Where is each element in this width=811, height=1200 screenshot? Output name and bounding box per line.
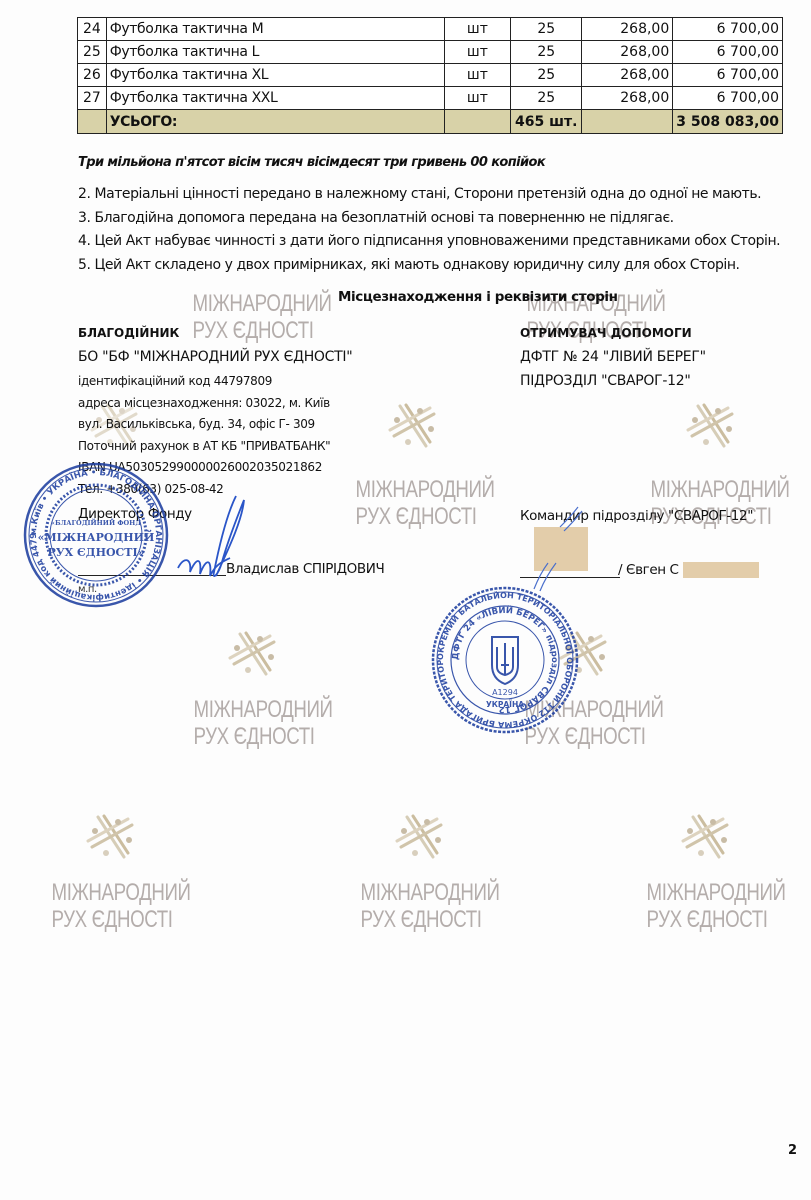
svg-text:«МІЖНАРОДНИЙ: «МІЖНАРОДНИЙ [38, 529, 155, 544]
receiver-details: ОТРИМУВАЧ ДОПОМОГИ ДФТГ № 24 "ЛІВИЙ БЕРЕ… [520, 321, 706, 393]
total-empty-cell [582, 110, 673, 134]
watermark-logo-icon [84, 813, 136, 861]
receiver-unit: ПІДРОЗДІЛ "СВАРОГ-12" [520, 369, 706, 393]
svg-text:«БЛАГОДІЙНИЙ ФОНД: «БЛАГОДІЙНИЙ ФОНД [51, 517, 141, 527]
receiver-signer-name: / Євген С [618, 562, 679, 578]
item-qty: 25 [511, 41, 582, 64]
items-table: 24 Футболка тактична M шт 25 268,00 6 70… [77, 17, 783, 134]
clauses-list: 2. Матеріальні цінності передано в належ… [78, 183, 780, 277]
row-number: 24 [78, 18, 107, 41]
item-sum: 6 700,00 [673, 87, 783, 110]
row-number: 25 [78, 41, 107, 64]
item-price: 268,00 [582, 87, 673, 110]
sides-title: Місцезнаходження і реквізити сторін [338, 289, 618, 305]
table-row: 26 Футболка тактична XL шт 25 268,00 6 7… [78, 64, 783, 87]
item-name: Футболка тактична XXL [106, 87, 444, 110]
receiver-stamp-icon: ОКРЕМИЙ БАТАЛЬЙОН ТЕРИТОРІАЛЬНОЇ ОБОРОНИ… [430, 585, 580, 735]
watermark: МІЖНАРОДНИЙ РУХ ЄДНОСТІ [177, 630, 327, 750]
svg-text:А1294: А1294 [492, 688, 518, 697]
clause-item: 2. Матеріальні цінності передано в належ… [78, 183, 780, 207]
redacted-surname [683, 562, 759, 578]
total-empty-cell [78, 110, 107, 134]
watermark-logo-icon [393, 813, 445, 861]
watermark: МІЖНАРОДНИЙ РУХ ЄДНОСТІ [35, 813, 185, 933]
watermark: МІЖНАРОДНИЙ РУХ ЄДНОСТІ [630, 813, 780, 933]
item-sum: 6 700,00 [673, 64, 783, 87]
watermark-logo-icon [684, 402, 736, 450]
watermark-logo-icon [679, 813, 731, 861]
total-empty-cell [444, 110, 511, 134]
item-name: Футболка тактична L [106, 41, 444, 64]
item-price: 268,00 [582, 41, 673, 64]
total-label: УСЬОГО: [106, 110, 444, 134]
clause-item: 3. Благодійна допомога передана на безоп… [78, 207, 780, 231]
svg-text:РУХ ЄДНОСТІ»: РУХ ЄДНОСТІ» [47, 546, 144, 559]
item-name: Футболка тактична XL [106, 64, 444, 87]
table-row: 27 Футболка тактична XXL шт 25 268,00 6 … [78, 87, 783, 110]
table-row: 24 Футболка тактична M шт 25 268,00 6 70… [78, 18, 783, 41]
total-sum: 3 508 083,00 [673, 110, 783, 134]
total-qty: 465 шт. [511, 110, 582, 134]
giver-label: БЛАГОДІЙНИК [78, 321, 352, 345]
watermark: МІЖНАРОДНИЙ РУХ ЄДНОСТІ [344, 813, 494, 933]
table-row: 25 Футболка тактична L шт 25 268,00 6 70… [78, 41, 783, 64]
item-unit: шт [444, 87, 511, 110]
item-price: 268,00 [582, 18, 673, 41]
row-number: 26 [78, 64, 107, 87]
giver-name: БО "БФ "МІЖНАРОДНИЙ РУХ ЄДНОСТІ" [78, 345, 352, 369]
receiver-signature-icon [522, 505, 592, 595]
svg-text:УКРАЇНА: УКРАЇНА [486, 700, 524, 709]
amount-in-words: Три мільйона п'ятсот вісім тисяч вісімде… [78, 155, 545, 170]
watermark-text: МІЖНАРОДНИЙ РУХ ЄДНОСТІ [339, 476, 489, 530]
item-qty: 25 [511, 64, 582, 87]
item-qty: 25 [511, 18, 582, 41]
watermark-logo-icon [386, 402, 438, 450]
giver-address-2: вул. Васильківська, буд. 34, офіс Г- 309 [78, 414, 352, 436]
item-sum: 6 700,00 [673, 18, 783, 41]
item-unit: шт [444, 18, 511, 41]
giver-stamp-icon: м.Київ • УКРАЇНА • БЛАГОДІЙНА ОРГАНІЗАЦІ… [22, 461, 170, 609]
item-price: 268,00 [582, 64, 673, 87]
receiver-name: ДФТГ № 24 "ЛІВИЙ БЕРЕГ" [520, 345, 706, 369]
item-sum: 6 700,00 [673, 41, 783, 64]
giver-address-1: адреса місцезнаходження: 03022, м. Київ [78, 393, 352, 415]
item-unit: шт [444, 64, 511, 87]
clause-item: 5. Цей Акт складено у двох примірниках, … [78, 254, 780, 278]
receiver-label: ОТРИМУВАЧ ДОПОМОГИ [520, 321, 706, 345]
giver-signature-icon [170, 492, 260, 584]
total-row: УСЬОГО: 465 шт. 3 508 083,00 [78, 110, 783, 134]
item-qty: 25 [511, 87, 582, 110]
giver-id-code: ідентифікаційний код 44797809 [78, 371, 352, 393]
row-number: 27 [78, 87, 107, 110]
giver-account: Поточний рахунок в АТ КБ "ПРИВАТБАНК" [78, 436, 352, 458]
clause-item: 4. Цей Акт набуває чинності з дати його … [78, 230, 780, 254]
item-name: Футболка тактична M [106, 18, 444, 41]
page-number: 2 [788, 1143, 797, 1158]
watermark-logo-icon [226, 630, 278, 678]
item-unit: шт [444, 41, 511, 64]
